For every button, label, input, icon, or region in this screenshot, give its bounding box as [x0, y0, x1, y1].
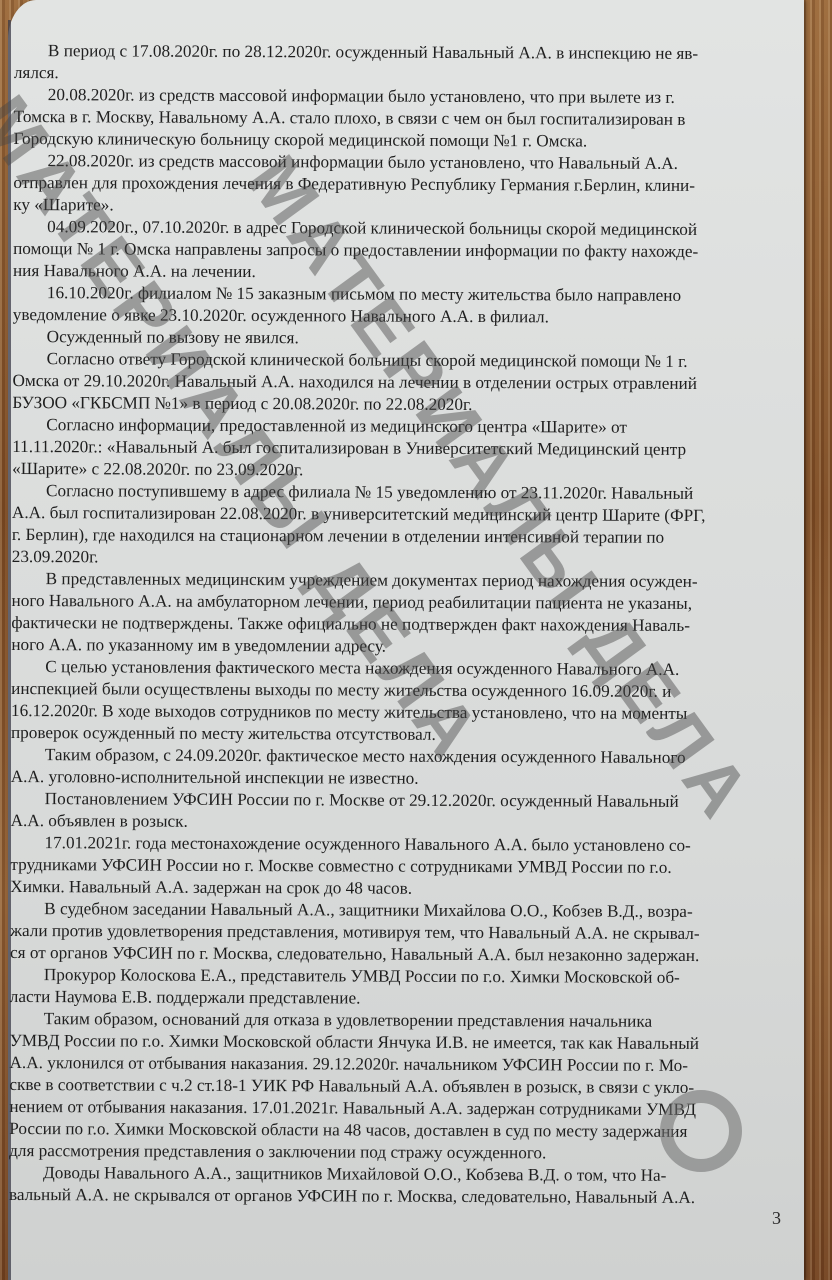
- document-line: 11.11.2020г.: «Навальный А. был госпитал…: [12, 436, 764, 461]
- document-line: 23.09.2020г.: [12, 546, 764, 571]
- document-line: Доводы Навального А.А., защитников Михай…: [9, 1162, 761, 1187]
- document-line: отправлен для прохождения лечения в Феде…: [13, 172, 765, 197]
- watermark-ring-mark: [660, 1090, 742, 1172]
- document-line: Химки. Навальный А.А. задержан на срок д…: [10, 876, 762, 901]
- document-line: жали против удовлетворения представления…: [10, 920, 762, 945]
- document-line: Согласно информации, предоставленной из …: [12, 414, 764, 439]
- document-line: вальный А.А. не скрывался от органов УФС…: [9, 1184, 761, 1209]
- document-line: В представленных медицинским учреждением…: [12, 568, 764, 593]
- document-line: Таким образом, оснований для отказа в уд…: [10, 1008, 762, 1033]
- document-line: ку «Шарите».: [13, 194, 765, 219]
- document-line: 22.08.2020г. из средств массовой информа…: [13, 150, 765, 175]
- document-line: УМВД России по г.о. Химки Московской обл…: [10, 1030, 762, 1055]
- document-line: Постановлением УФСИН России по г. Москве…: [11, 788, 763, 813]
- document-line: В судебном заседании Навальный А.А., защ…: [10, 898, 762, 923]
- document-line: 16.10.2020г. филиалом № 15 заказным пись…: [13, 282, 765, 307]
- document-line: Прокурор Колоскова Е.А., представитель У…: [10, 964, 762, 989]
- document-line: 16.12.2020г. В ходе выходов сотрудников …: [11, 700, 763, 725]
- document-line: Таким образом, с 24.09.2020г. фактическо…: [11, 744, 763, 769]
- document-line: А.А. был госпитализирован 22.08.2020г. в…: [12, 502, 764, 527]
- document-line: инспекцией были осуществлены выходы по м…: [11, 678, 763, 703]
- document-line: ся от органов УФСИН по г. Москва, следов…: [10, 942, 762, 967]
- document-line: Городскую клиническую больницу скорой ме…: [14, 128, 766, 153]
- document-line: Омска от 29.10.2020г. Навальный А.А. нах…: [12, 370, 764, 395]
- document-line: А.А. объявлен в розыск.: [11, 810, 763, 835]
- document-line: нением от отбывания наказания. 17.01.202…: [9, 1096, 761, 1121]
- document-line: Согласно поступившему в адрес филиала № …: [12, 480, 764, 505]
- document-line: 04.09.2020г., 07.10.2020г. в адрес Город…: [13, 216, 765, 241]
- document-line: фактически не подтверждены. Также официа…: [11, 612, 763, 637]
- page-number: 3: [772, 1208, 781, 1229]
- document-line: ния Навального А.А. на лечении.: [13, 260, 765, 285]
- document-line: ного А.А. по указанному им в уведомлении…: [11, 634, 763, 659]
- document-line: г. Берлин), где находился на стационарно…: [12, 524, 764, 549]
- document-line: А.А. уклонился от отбывания наказания. 2…: [9, 1052, 761, 1077]
- document-line: России по г.о. Химки Московской области …: [9, 1118, 761, 1143]
- document-line: помощи № 1 г. Омска направлены запросы о…: [13, 238, 765, 263]
- document-line: скве в соответствии с ч.2 ст.18-1 УИК РФ…: [9, 1074, 761, 1099]
- document-line: С целью установления фактического места …: [11, 656, 763, 681]
- document-line: уведомление о явке 23.10.2020г. осужденн…: [13, 304, 765, 329]
- document-line: А.А. уголовно-исполнительной инспекции н…: [11, 766, 763, 791]
- document-line: лялся.: [14, 62, 766, 87]
- document-line: ного Навального А.А. на амбулаторном леч…: [12, 590, 764, 615]
- document-line: БУЗОО «ГКБСМП №1» в период с 20.08.2020г…: [12, 392, 764, 417]
- document-line: 20.08.2020г. из средств массовой информа…: [14, 84, 766, 109]
- document-body: В период с 17.08.2020г. по 28.12.2020г. …: [9, 40, 766, 1209]
- document-line: В период с 17.08.2020г. по 28.12.2020г. …: [14, 40, 766, 65]
- document-line: трудниками УФСИН России но г. Москве сов…: [10, 854, 762, 879]
- document-line: «Шарите» с 22.08.2020г. по 23.09.2020г.: [12, 458, 764, 483]
- document-line: Согласно ответу Городской клинической бо…: [13, 348, 765, 373]
- document-line: для рассмотрения представления о заключе…: [9, 1140, 761, 1165]
- document-line: Томска в г. Москву, Навальному А.А. стал…: [14, 106, 766, 131]
- document-line: 17.01.2021г. года местонахождение осужде…: [10, 832, 762, 857]
- document-line: проверок осужденный по месту жительства …: [11, 722, 763, 747]
- document-line: ласти Наумова Е.В. поддержали представле…: [10, 986, 762, 1011]
- document-line: Осужденный по вызову не явился.: [13, 326, 765, 351]
